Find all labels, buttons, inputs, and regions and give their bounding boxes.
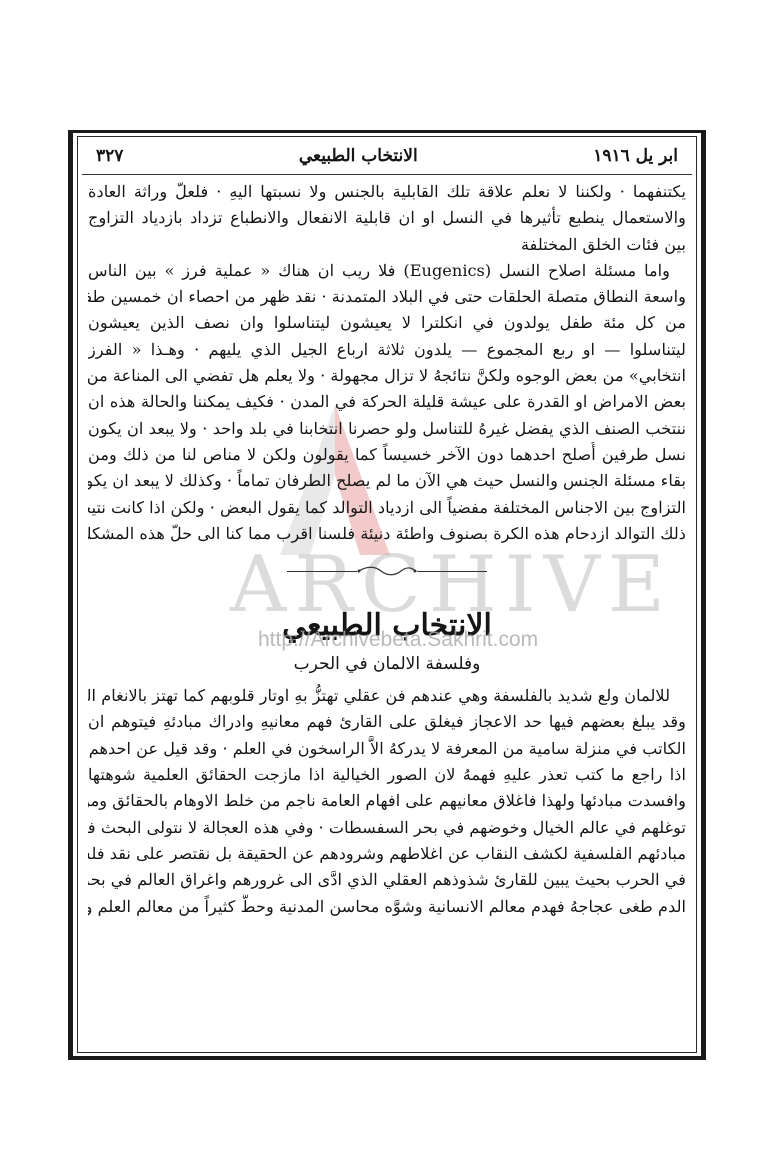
- text-line: ننتخب الصنف الذي يفضل غيرهُ للتناسل ولو …: [88, 416, 686, 442]
- text-line: الكاتب في منزلة سامية من المعرفة لا يدرك…: [88, 736, 686, 762]
- running-title: الانتخاب الطبيعي: [299, 146, 418, 166]
- text-line: يكتنفهما · ولكننا لا نعلم علاقة تلك القا…: [88, 179, 686, 205]
- running-head: ابر يل ١٩١٦ الانتخاب الطبيعي ٣٢٧: [82, 138, 692, 175]
- text-line: اذا راجع ما كتب تعذر عليهِ فهمهُ لان الص…: [88, 762, 686, 788]
- issue-date: ابر يل ١٩١٦: [593, 146, 678, 166]
- text-line: توغلهم في عالم الخيال وخوضهم في بحر السف…: [88, 815, 686, 841]
- text-line: من كل مئة طفل يولدون في انكلترا لا يعيشو…: [88, 310, 686, 336]
- text-line: للالمان ولع شديد بالفلسفة وهي عندهم فن ع…: [88, 683, 686, 709]
- text-line: والاستعمال ينطبع تأثيرها في النسل او ان …: [88, 205, 686, 231]
- text-line: وقد يبلغ بعضهم فيها حد الاعجاز فيغلق على…: [88, 709, 686, 735]
- text-line: بقاء مسئلة الجنس والنسل حيث هي الآن ما ل…: [88, 468, 686, 494]
- document-page: ابر يل ١٩١٦ الانتخاب الطبيعي ٣٢٧ يكتنفهم…: [82, 138, 692, 920]
- article-body: للالمان ولع شديد بالفلسفة وهي عندهم فن ع…: [82, 679, 692, 920]
- text-line: وافسدت مبادئها ولهذا فاغلاق معانيهم على …: [88, 788, 686, 814]
- text-line: واما مسئلة اصلاح النسل (Eugenics) فلا ري…: [88, 258, 686, 284]
- text-line: انتخابي» من بعض الوجوه ولكنَّ نتائجهُ لا…: [88, 363, 686, 389]
- text-line: بعض الامراض او القدرة على عيشة قليلة الح…: [88, 389, 686, 415]
- flourish-icon: [357, 566, 417, 576]
- section-divider: [82, 547, 692, 595]
- text-line: نسل طرفين أُصلح احدهما دون الآخر خسيساً …: [88, 442, 686, 468]
- ornament-divider: [287, 566, 487, 576]
- text-line: بين فئات الخلق المختلفة: [88, 232, 686, 258]
- page-number: ٣٢٧: [96, 146, 123, 166]
- text-line: ذلك التوالد ازدحام هذه الكرة بصنوف واطئة…: [88, 521, 686, 547]
- article-subtitle: وفلسفة الالمان في الحرب: [82, 649, 692, 679]
- text-line: في الحرب بحيث يبين للقارئ شذوذهم العقلي …: [88, 867, 686, 893]
- text-line: الدم طغى عجاجهُ فهدم معالم الانسانية وشو…: [88, 894, 686, 920]
- section-continued-text: يكتنفهما · ولكننا لا نعلم علاقة تلك القا…: [82, 175, 692, 547]
- article-title: الانتخاب الطبيعي: [82, 603, 692, 649]
- text-line: ليتناسلوا — او ربع المجموع — يلدون ثلاثة…: [88, 337, 686, 363]
- text-line: التزاوج بين الاجناس المختلفة مفضياً الى …: [88, 495, 686, 521]
- text-line: مبادئهم الفلسفية لكشف النقاب عن اغلاطهم …: [88, 841, 686, 867]
- text-line: واسعة النطاق متصلة الحلقات حتى في البلاد…: [88, 284, 686, 310]
